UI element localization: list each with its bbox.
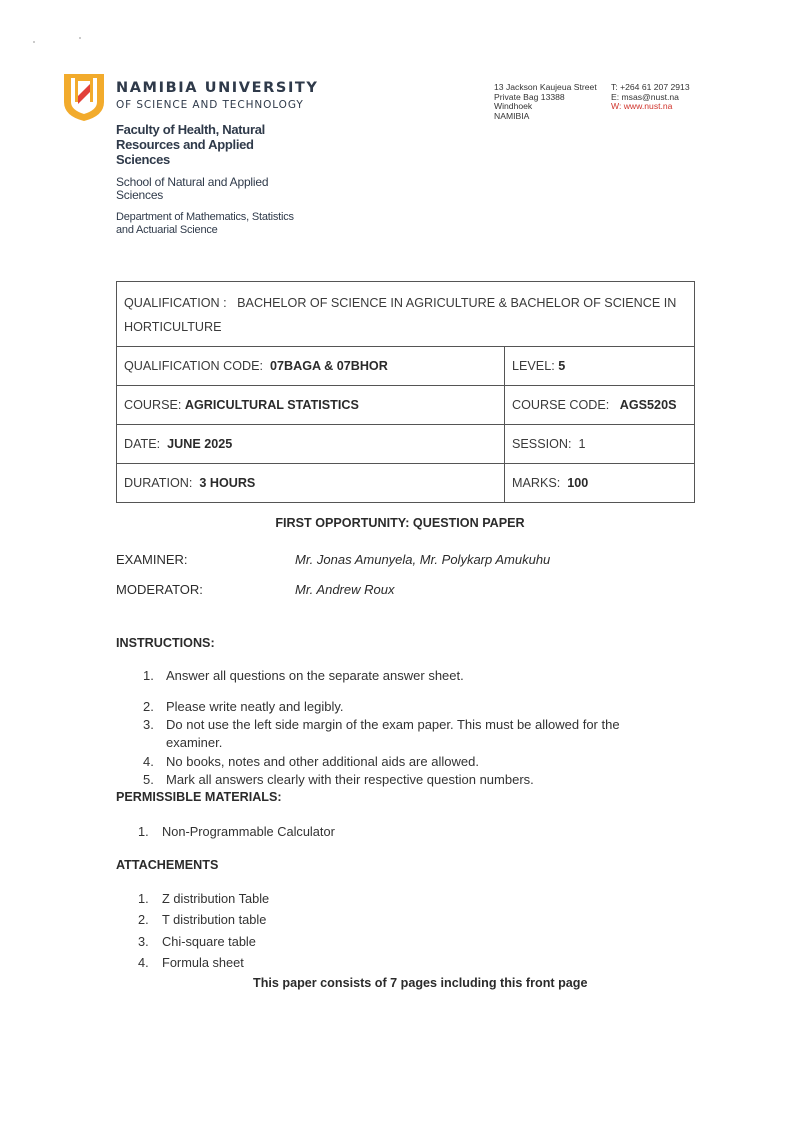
examiner-label: EXAMINER:	[116, 552, 188, 567]
attachment-item: 1.Z distribution Table	[138, 891, 269, 906]
department-name: Department of Mathematics, Statistics an…	[116, 211, 296, 237]
item-text: Do not use the left side margin of the e…	[166, 717, 620, 732]
item-text: Please write neatly and legibly.	[166, 699, 344, 714]
date-cell: DATE: JUNE 2025	[117, 425, 505, 464]
item-text: T distribution table	[162, 912, 266, 927]
permissible-item: 1.Non-Programmable Calculator	[138, 824, 335, 839]
website-link[interactable]: W: www.nust.na	[611, 102, 690, 112]
session-label: SESSION:	[512, 437, 572, 451]
page-count-note: This paper consists of 7 pages including…	[253, 976, 587, 990]
instructions-heading: INSTRUCTIONS:	[116, 636, 215, 650]
qualification-label: QUALIFICATION :	[124, 296, 227, 310]
scan-speck	[33, 41, 35, 43]
examiner-value: Mr. Jonas Amunyela, Mr. Polykarp Amukuhu	[295, 552, 550, 567]
item-number: 4.	[143, 754, 166, 769]
level-value: 5	[558, 359, 565, 373]
university-name: NAMIBIA UNIVERSITY	[116, 80, 319, 96]
permissible-heading: PERMISSIBLE MATERIALS:	[116, 790, 282, 804]
qualification-code-row: QUALIFICATION CODE: 07BAGA & 07BHOR LEVE…	[117, 347, 695, 386]
date-value: JUNE 2025	[167, 437, 232, 451]
faculty-name: Faculty of Health, Natural Resources and…	[116, 122, 286, 167]
duration-value: 3 HOURS	[199, 476, 255, 490]
duration-cell: DURATION: 3 HOURS	[117, 464, 505, 503]
qualification-row: QUALIFICATION : BACHELOR OF SCIENCE IN A…	[117, 282, 695, 347]
postal-address: 13 Jackson Kaujeua Street Private Bag 13…	[494, 83, 597, 121]
session-value: 1	[579, 437, 586, 451]
marks-cell: MARKS: 100	[505, 464, 695, 503]
university-shield-icon	[62, 72, 106, 122]
course-code-value: AGS520S	[620, 398, 677, 412]
item-number: 1.	[138, 824, 162, 839]
level-label: LEVEL:	[512, 359, 555, 373]
instruction-item: 3.Do not use the left side margin of the…	[143, 717, 620, 732]
item-number: 3.	[138, 934, 162, 949]
item-text: Chi-square table	[162, 934, 256, 949]
qualification-code-value: 07BAGA & 07BHOR	[270, 359, 388, 373]
attachment-item: 4.Formula sheet	[138, 955, 244, 970]
qualification-code-label: QUALIFICATION CODE:	[124, 359, 263, 373]
moderator-label: MODERATOR:	[116, 582, 203, 597]
marks-label: MARKS:	[512, 476, 560, 490]
date-row: DATE: JUNE 2025 SESSION: 1	[117, 425, 695, 464]
course-label: COURSE:	[124, 398, 181, 412]
item-text: Mark all answers clearly with their resp…	[166, 772, 534, 787]
item-number: 1.	[143, 668, 166, 683]
duration-label: DURATION:	[124, 476, 192, 490]
contact-details: T: +264 61 207 2913 E: msas@nust.na W: w…	[611, 83, 690, 112]
duration-row: DURATION: 3 HOURS MARKS: 100	[117, 464, 695, 503]
course-code-label: COURSE CODE:	[512, 398, 609, 412]
course-cell: COURSE: AGRICULTURAL STATISTICS	[117, 386, 505, 425]
instruction-item: 4.No books, notes and other additional a…	[143, 754, 479, 769]
item-number: 4.	[138, 955, 162, 970]
instruction-item: 1.Answer all questions on the separate a…	[143, 668, 464, 683]
university-subtitle: OF SCIENCE AND TECHNOLOGY	[116, 99, 304, 111]
course-row: COURSE: AGRICULTURAL STATISTICS COURSE C…	[117, 386, 695, 425]
item-text: Z distribution Table	[162, 891, 269, 906]
instruction-item: 2.Please write neatly and legibly.	[143, 699, 344, 714]
attachment-item: 2.T distribution table	[138, 912, 266, 927]
item-text: No books, notes and other additional aid…	[166, 754, 479, 769]
level-cell: LEVEL: 5	[505, 347, 695, 386]
item-number: 5.	[143, 772, 166, 787]
moderator-value: Mr. Andrew Roux	[295, 582, 394, 597]
item-number: 1.	[138, 891, 162, 906]
session-cell: SESSION: 1	[505, 425, 695, 464]
attachment-item: 3.Chi-square table	[138, 934, 256, 949]
paper-title: FIRST OPPORTUNITY: QUESTION PAPER	[0, 516, 794, 530]
instruction-item: 5.Mark all answers clearly with their re…	[143, 772, 534, 787]
item-number: 2.	[138, 912, 162, 927]
item-number: 3.	[143, 717, 166, 732]
marks-value: 100	[567, 476, 588, 490]
date-label: DATE:	[124, 437, 160, 451]
paper-title-text: FIRST OPPORTUNITY: QUESTION PAPER	[275, 516, 524, 530]
course-code-cell: COURSE CODE: AGS520S	[505, 386, 695, 425]
attachments-heading: ATTACHEMENTS	[116, 858, 218, 872]
item-text: Formula sheet	[162, 955, 244, 970]
qualification-code-cell: QUALIFICATION CODE: 07BAGA & 07BHOR	[117, 347, 505, 386]
item-text: Answer all questions on the separate ans…	[166, 668, 464, 683]
qualification-cell: QUALIFICATION : BACHELOR OF SCIENCE IN A…	[117, 282, 695, 347]
course-value: AGRICULTURAL STATISTICS	[185, 398, 359, 412]
item-text: Non-Programmable Calculator	[162, 824, 335, 839]
school-name: School of Natural and Applied Sciences	[116, 176, 296, 202]
item-number: 2.	[143, 699, 166, 714]
scan-speck	[79, 37, 81, 39]
exam-info-table: QUALIFICATION : BACHELOR OF SCIENCE IN A…	[116, 281, 695, 503]
address-line: NAMIBIA	[494, 112, 597, 122]
instruction-item-continuation: examiner.	[166, 735, 222, 750]
